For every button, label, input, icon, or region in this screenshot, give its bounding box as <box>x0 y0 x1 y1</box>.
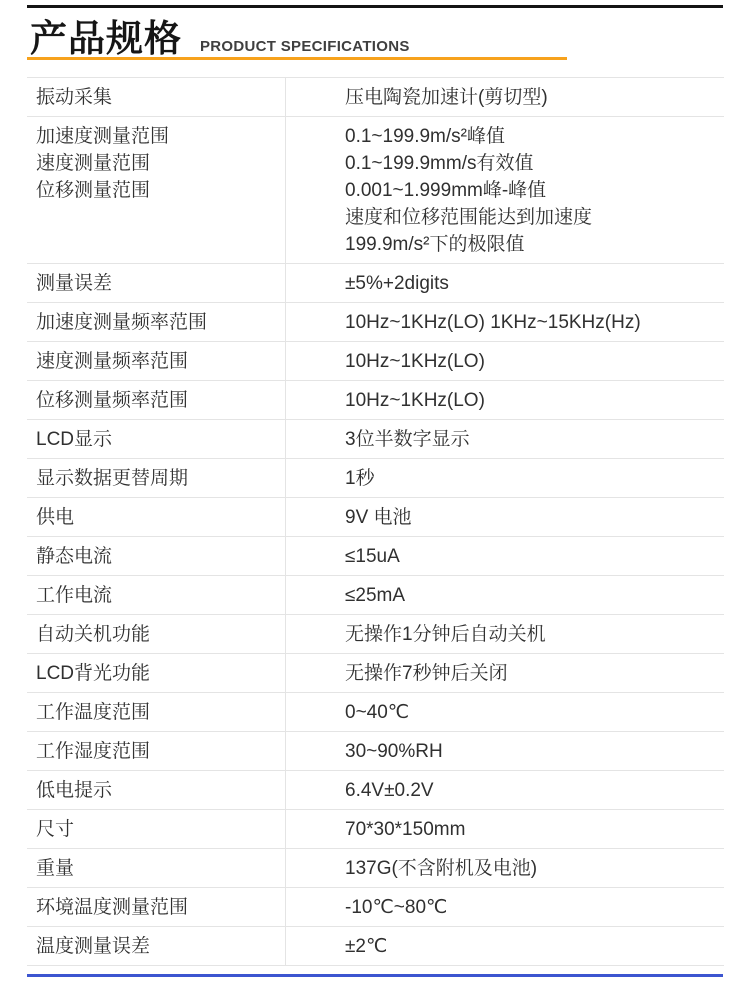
spec-value: 9V 电池 <box>285 498 724 536</box>
spec-row: 加速度测量频率范围 10Hz~1KHz(LO) 1KHz~15KHz(Hz) <box>27 303 724 342</box>
spec-row: LCD显示 3位半数字显示 <box>27 420 724 459</box>
top-divider-rule <box>27 5 723 8</box>
spec-row: 静态电流 ≤15uA <box>27 537 724 576</box>
spec-row: LCD背光功能 无操作7秒钟后关闭 <box>27 654 724 693</box>
spec-row: 环境温度测量范围 -10℃~80℃ <box>27 888 724 927</box>
bottom-divider-rule <box>27 974 723 977</box>
spec-value: 10Hz~1KHz(LO) <box>285 381 724 419</box>
spec-label: 测量误差 <box>27 270 285 297</box>
spec-row: 重量 137G(不含附机及电池) <box>27 849 724 888</box>
spec-label: 工作温度范围 <box>27 699 285 726</box>
spec-row: 自动关机功能 无操作1分钟后自动关机 <box>27 615 724 654</box>
page-title: 产品规格 <box>30 20 182 58</box>
spec-row: 工作湿度范围 30~90%RH <box>27 732 724 771</box>
spec-label: 工作电流 <box>27 582 285 609</box>
spec-label: 静态电流 <box>27 543 285 570</box>
spec-label: 加速度测量范围 速度测量范围 位移测量范围 <box>27 123 285 258</box>
spec-value: 压电陶瓷加速计(剪切型) <box>285 78 724 116</box>
spec-value: ±2℃ <box>285 927 724 965</box>
spec-table: 振动采集 压电陶瓷加速计(剪切型) 加速度测量范围 速度测量范围 位移测量范围 … <box>27 77 724 966</box>
spec-value: 10Hz~1KHz(LO) 1KHz~15KHz(Hz) <box>285 303 724 341</box>
spec-label: 供电 <box>27 504 285 531</box>
spec-value: ≤25mA <box>285 576 724 614</box>
spec-label: 自动关机功能 <box>27 621 285 648</box>
spec-row: 测量误差 ±5%+2digits <box>27 264 724 303</box>
spec-value: 0.1~199.9m/s²峰值 0.1~199.9mm/s有效值 0.001~1… <box>285 117 724 263</box>
spec-row: 速度测量频率范围 10Hz~1KHz(LO) <box>27 342 724 381</box>
spec-value: 137G(不含附机及电池) <box>285 849 724 887</box>
spec-value: 6.4V±0.2V <box>285 771 724 809</box>
spec-label: 显示数据更替周期 <box>27 465 285 492</box>
spec-label: LCD显示 <box>27 426 285 453</box>
spec-value: 30~90%RH <box>285 732 724 770</box>
spec-row: 温度测量误差 ±2℃ <box>27 927 724 966</box>
spec-label: 温度测量误差 <box>27 933 285 960</box>
spec-label: 低电提示 <box>27 777 285 804</box>
page-subtitle: PRODUCT SPECIFICATIONS <box>200 38 410 58</box>
section-header: 产品规格 PRODUCT SPECIFICATIONS <box>30 20 410 58</box>
spec-row: 工作温度范围 0~40℃ <box>27 693 724 732</box>
spec-row: 尺寸 70*30*150mm <box>27 810 724 849</box>
spec-label: 工作湿度范围 <box>27 738 285 765</box>
spec-value: 无操作1分钟后自动关机 <box>285 615 724 653</box>
spec-row: 振动采集 压电陶瓷加速计(剪切型) <box>27 78 724 117</box>
spec-value: 1秒 <box>285 459 724 497</box>
spec-label: 加速度测量频率范围 <box>27 309 285 336</box>
spec-label: LCD背光功能 <box>27 660 285 687</box>
spec-row: 加速度测量范围 速度测量范围 位移测量范围 0.1~199.9m/s²峰值 0.… <box>27 117 724 264</box>
spec-value: -10℃~80℃ <box>285 888 724 926</box>
spec-label: 环境温度测量范围 <box>27 894 285 921</box>
spec-value: 0~40℃ <box>285 693 724 731</box>
spec-value: ≤15uA <box>285 537 724 575</box>
spec-row: 低电提示 6.4V±0.2V <box>27 771 724 810</box>
spec-label: 速度测量频率范围 <box>27 348 285 375</box>
spec-label: 位移测量频率范围 <box>27 387 285 414</box>
spec-label: 重量 <box>27 855 285 882</box>
spec-row: 位移测量频率范围 10Hz~1KHz(LO) <box>27 381 724 420</box>
accent-underline <box>27 57 567 60</box>
spec-value: 70*30*150mm <box>285 810 724 848</box>
product-spec-section: 产品规格 PRODUCT SPECIFICATIONS 振动采集 压电陶瓷加速计… <box>0 0 750 983</box>
spec-value: 10Hz~1KHz(LO) <box>285 342 724 380</box>
spec-value: 3位半数字显示 <box>285 420 724 458</box>
spec-row: 供电 9V 电池 <box>27 498 724 537</box>
spec-label: 振动采集 <box>27 84 285 111</box>
spec-value: 无操作7秒钟后关闭 <box>285 654 724 692</box>
spec-row: 工作电流 ≤25mA <box>27 576 724 615</box>
spec-label: 尺寸 <box>27 816 285 843</box>
spec-row: 显示数据更替周期 1秒 <box>27 459 724 498</box>
spec-value: ±5%+2digits <box>285 264 724 302</box>
